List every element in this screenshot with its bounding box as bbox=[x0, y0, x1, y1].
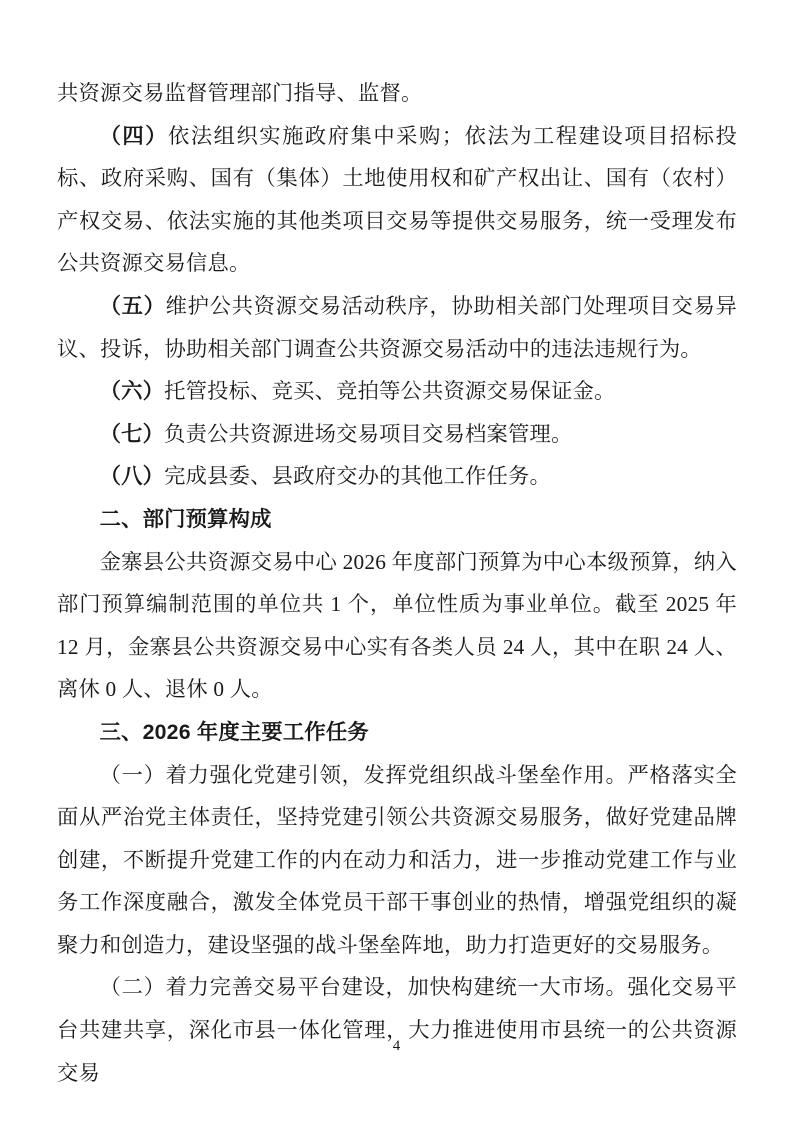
section-heading-text: 三、2026 年度主要工作任务 bbox=[100, 720, 369, 744]
paragraph-item-7: （七）负责公共资源进场交易项目交易档案管理。 bbox=[57, 413, 737, 456]
page-number: 4 bbox=[393, 1038, 401, 1054]
paragraph-item-8: （八）完成县委、县政府交办的其他工作任务。 bbox=[57, 455, 737, 498]
paragraph-continuation: 共资源交易监督管理部门指导、监督。 bbox=[57, 72, 737, 115]
document-body: 共资源交易监督管理部门指导、监督。 （四）依法组织实施政府集中采购；依法为工程建… bbox=[57, 72, 737, 1094]
paragraph-item-6: （六）托管投标、竞买、竞拍等公共资源交易保证金。 bbox=[57, 370, 737, 413]
paragraph-text: 托管投标、竞买、竞拍等公共资源交易保证金。 bbox=[164, 379, 615, 403]
paragraph-number-label: （四） bbox=[100, 124, 168, 148]
section-heading-2: 二、部门预算构成 bbox=[57, 498, 737, 541]
paragraph-task-2: （二）着力完善交易平台建设，加快构建统一大市场。强化交易平台共建共享，深化市县一… bbox=[57, 966, 737, 1094]
paragraph-task-1: （一）着力强化党建引领，发挥党组织战斗堡垒作用。严格落实全面从严治党主体责任，坚… bbox=[57, 754, 737, 967]
paragraph-number-label: （六） bbox=[100, 379, 165, 403]
paragraph-budget-composition: 金寨县公共资源交易中心 2026 年度部门预算为中心本级预算，纳入部门预算编制范… bbox=[57, 541, 737, 711]
paragraph-number-label: （二） bbox=[100, 975, 166, 999]
page-footer: 4 bbox=[0, 1036, 793, 1056]
section-heading-text: 二、部门预算构成 bbox=[100, 507, 272, 531]
paragraph-number-label: （一） bbox=[100, 763, 166, 787]
paragraph-text: 金寨县公共资源交易中心 2026 年度部门预算为中心本级预算，纳入部门预算编制范… bbox=[57, 550, 737, 702]
paragraph-item-5: （五）维护公共资源交易活动秩序，协助相关部门处理项目交易异议、投诉，协助相关部门… bbox=[57, 285, 737, 370]
paragraph-text: 负责公共资源进场交易项目交易档案管理。 bbox=[164, 422, 572, 446]
section-heading-3: 三、2026 年度主要工作任务 bbox=[57, 711, 737, 754]
paragraph-number-label: （八） bbox=[100, 464, 165, 488]
document-page: 共资源交易监督管理部门指导、监督。 （四）依法组织实施政府集中采购；依法为工程建… bbox=[0, 0, 793, 1122]
paragraph-number-label: （五） bbox=[100, 294, 166, 318]
paragraph-text: 着力强化党建引领，发挥党组织战斗堡垒作用。严格落实全面从严治党主体责任，坚持党建… bbox=[57, 763, 737, 957]
paragraph-text: 完成县委、县政府交办的其他工作任务。 bbox=[164, 464, 551, 488]
paragraph-item-4: （四）依法组织实施政府集中采购；依法为工程建设项目招标投标、政府采购、国有（集体… bbox=[57, 115, 737, 285]
paragraph-text: 共资源交易监督管理部门指导、监督。 bbox=[57, 81, 422, 105]
paragraph-number-label: （七） bbox=[100, 422, 165, 446]
